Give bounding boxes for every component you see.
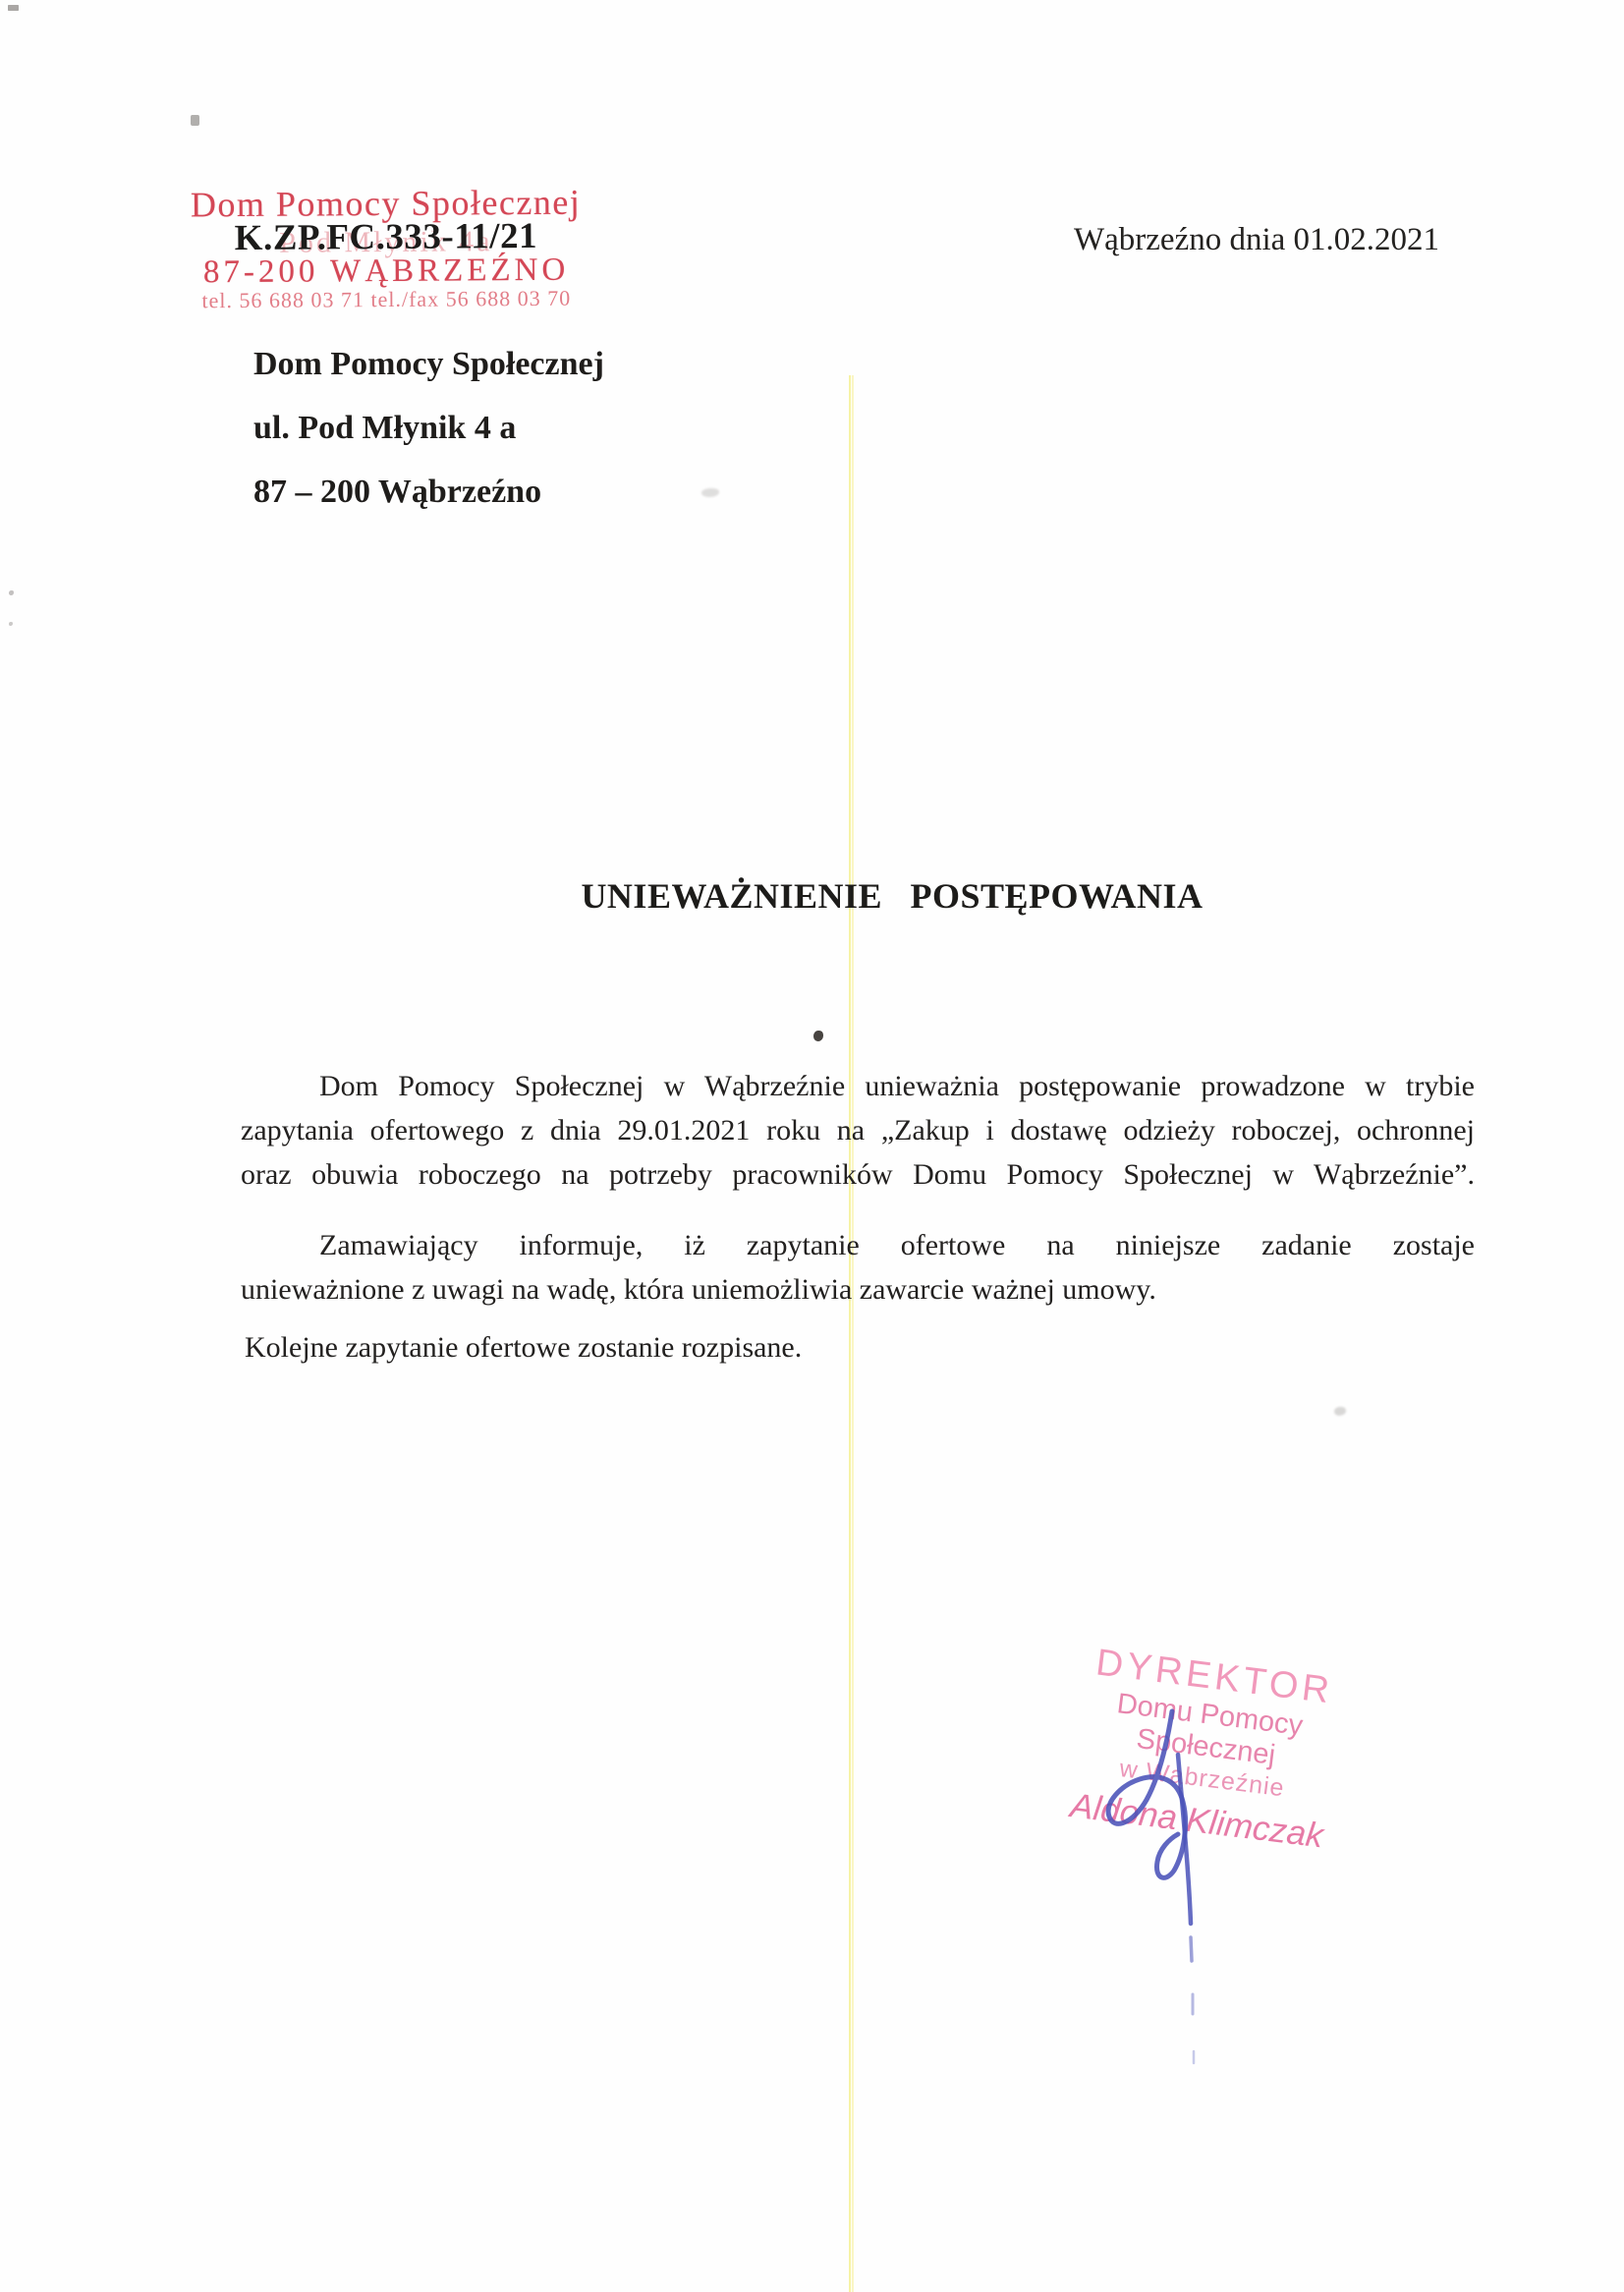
scan-speck bbox=[1334, 1407, 1346, 1416]
sender-stamp-phone: tel. 56 688 03 71 tel./fax 56 688 03 70 bbox=[167, 285, 605, 313]
scan-speck bbox=[9, 622, 13, 626]
paragraph-1: Dom Pomocy Społecznej w Wąbrzeźnie uniew… bbox=[241, 1064, 1475, 1197]
paragraph-line: unieważnione z uwagi na wadę, która unie… bbox=[241, 1267, 1475, 1312]
director-stamp: DYREKTOR Domu Pomocy Społecznej w Wąbrze… bbox=[1034, 1637, 1378, 1861]
recipient-address: Dom Pomocy Społecznej ul. Pod Młynik 4 a… bbox=[253, 346, 604, 537]
paragraph-line: Zamawiający informuje, iż zapytanie ofer… bbox=[241, 1223, 1475, 1267]
paragraph-line: oraz obuwia roboczego na potrzeby pracow… bbox=[241, 1152, 1475, 1197]
document-scan: Dom Pomocy Społecznej Pod Młynik 4a K.ZP… bbox=[0, 0, 1624, 2292]
scan-speck bbox=[8, 5, 19, 11]
recipient-line: 87 – 200 Wąbrzeźno bbox=[253, 474, 604, 518]
paragraph-line: zapytania ofertowego z dnia 29.01.2021 r… bbox=[241, 1108, 1475, 1152]
paragraph-3: Kolejne zapytanie ofertowe zostanie rozp… bbox=[245, 1325, 1479, 1370]
scan-speck bbox=[813, 1031, 823, 1041]
paragraph-2: Zamawiający informuje, iż zapytanie ofer… bbox=[241, 1223, 1475, 1312]
paragraph-line: Dom Pomocy Społecznej w Wąbrzeźnie uniew… bbox=[241, 1064, 1475, 1108]
scan-speck bbox=[9, 590, 14, 595]
scan-speck bbox=[701, 488, 719, 497]
recipient-line: Dom Pomocy Społecznej bbox=[253, 346, 604, 390]
dateline: Wąbrzeźno dnia 01.02.2021 bbox=[1074, 222, 1439, 258]
paragraph-line: Kolejne zapytanie ofertowe zostanie rozp… bbox=[245, 1325, 1479, 1370]
scan-speck bbox=[191, 115, 199, 126]
document-title: UNIEWAŻNIENIE POSTĘPOWANIA bbox=[581, 875, 1203, 917]
recipient-line: ul. Pod Młynik 4 a bbox=[253, 410, 604, 454]
sender-stamp: Dom Pomocy Społecznej Pod Młynik 4a K.ZP… bbox=[166, 181, 605, 331]
